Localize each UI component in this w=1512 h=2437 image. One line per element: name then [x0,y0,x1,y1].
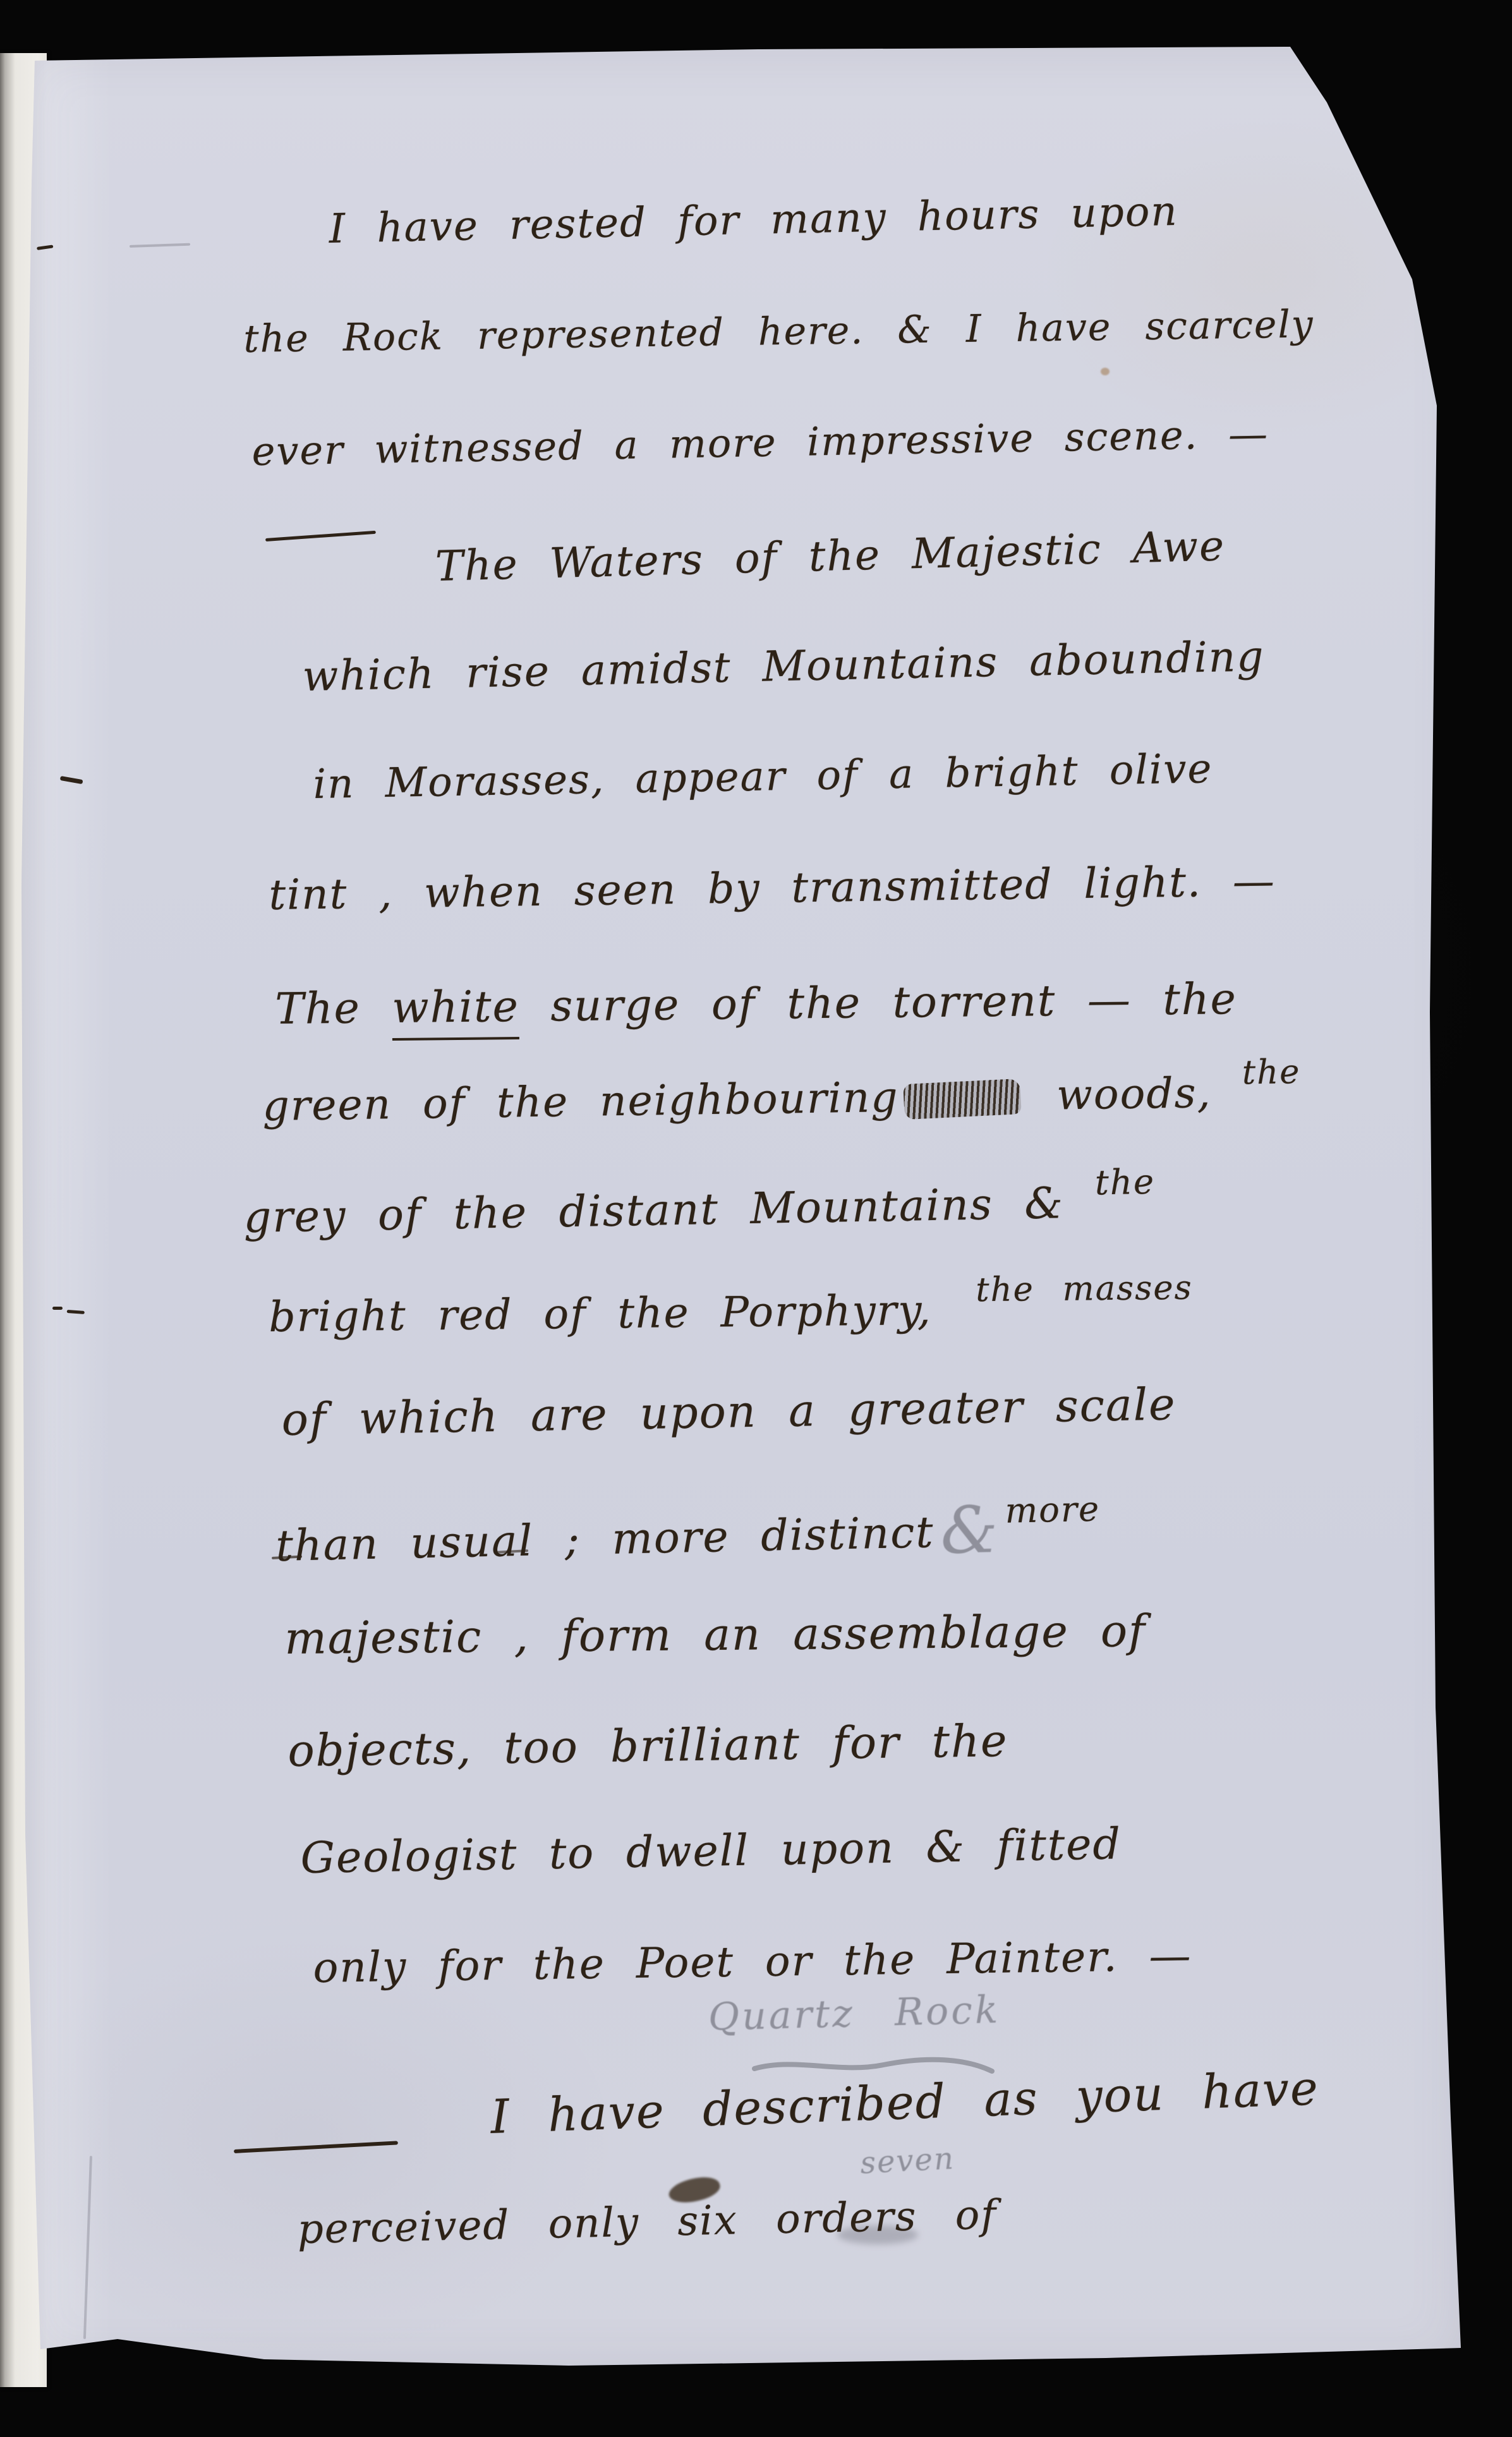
pencil-vertical-stroke [83,2156,92,2339]
margin-tick-icon [37,245,53,250]
line-10-text: grey of the distant Mountains & [243,1178,1096,1243]
pencil-annotation-seven: seven [859,2141,955,2181]
foxing-speck [1101,368,1110,375]
pencil-dash-mark [130,243,190,248]
manuscript-line-10: grey of the distant Mountains & the [243,1177,1156,1243]
line-9-text: green of the neighbouring [262,1073,899,1130]
handwriting-layer: I have rested for many hours upon the Ro… [0,0,1512,2437]
line-8-text: surge of the torrent — the [519,974,1237,1032]
manuscript-line-21: perceived only six orders of [297,2192,998,2253]
manuscript-line-8: The white surge of the torrent — the [275,974,1237,1034]
line-9-text: woods, [1025,1068,1243,1120]
line-11-text: bright red of the Porphyry, [269,1286,932,1341]
raised-word: the [1094,1162,1155,1203]
manuscript-line-4: The Waters of the Majestic Awe [435,521,1226,591]
manuscript-line-12: of which are upon a greater scale [281,1378,1176,1446]
margin-tick-icon [67,1310,85,1314]
underlined-word-white: white [392,982,519,1041]
line-8-text: The [275,983,392,1034]
manuscript-line-5: which rise amidst Mountains abounding [302,632,1265,701]
manuscript-line-14: majestic , form an assemblage of [284,1605,1146,1664]
manuscript-line-16: Geologist to dwell upon & fitted [300,1819,1122,1884]
photograph-backdrop: I have rested for many hours upon the Ro… [0,0,1512,2437]
margin-hook-icon [60,776,83,784]
pencil-annotation-quartz-rock: Quartz Rock [708,1988,1001,2040]
manuscript-line-2: the Rock represented here. & I have scar… [243,302,1314,361]
manuscript-line-3: ever witnessed a more impressive scene. … [251,411,1269,475]
manuscript-line-13: than usual ; more distinct&more [275,1484,1101,1576]
manuscript-line-1: I have rested for many hours upon [329,188,1178,253]
manuscript-line-6: in Morasses, appear of a bright olive [313,746,1213,808]
paragraph-dash-icon [265,531,376,541]
raised-word: more [1005,1489,1101,1531]
manuscript-line-11: bright red of the Porphyry,the masses [269,1283,1193,1341]
paragraph-dash-icon [234,2141,398,2153]
pencil-ampersand: & [940,1492,1000,1569]
line-13-text: than usual ; more distinct [275,1508,935,1571]
inserted-word: the [1242,1053,1301,1092]
manuscript-line-15: objects, too brilliant for the [287,1715,1008,1777]
manuscript-line-17: only for the Poet or the Painter. — [313,1932,1192,1992]
manuscript-line-7: tint , when seen by transmitted light. — [269,857,1276,919]
struck-out-word [903,1079,1022,1120]
margin-tick-icon [52,1307,63,1310]
raised-words: the masses [976,1269,1193,1310]
manuscript-line-9: green of the neighbouring woods, the [262,1067,1301,1130]
